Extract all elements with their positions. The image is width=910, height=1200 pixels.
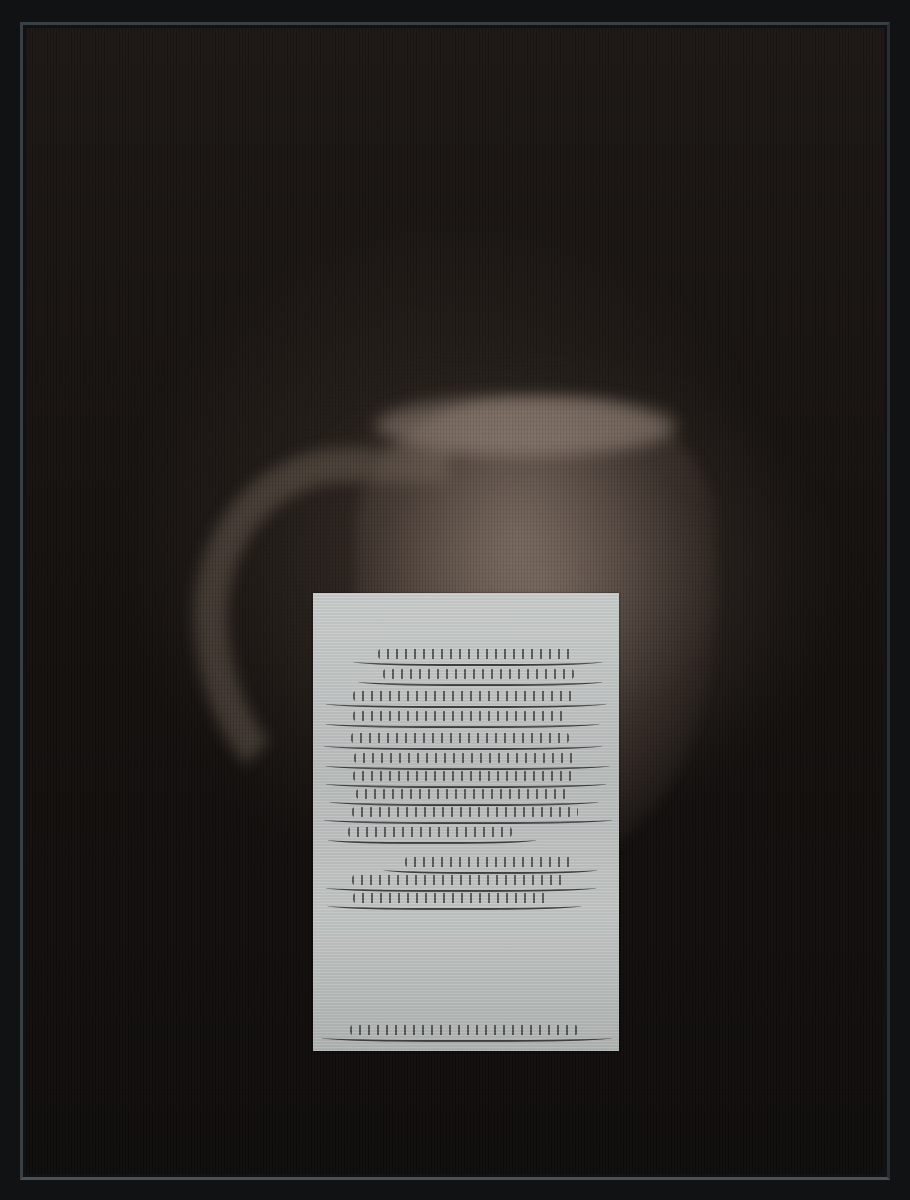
script-line: [323, 739, 603, 750]
script-line: [325, 717, 600, 728]
picture-frame: [0, 0, 910, 1200]
script-line: [327, 899, 582, 910]
script-line: [383, 863, 598, 874]
script-line: [323, 813, 613, 824]
signature-line: [321, 1031, 613, 1042]
script-line: [329, 795, 599, 806]
script-line: [353, 655, 603, 666]
script-line: [325, 759, 610, 770]
script-line: [327, 833, 537, 844]
painted-canvas: [26, 28, 884, 1174]
script-line: [325, 697, 607, 708]
script-line: [325, 777, 607, 788]
script-line: [325, 881, 597, 892]
handwritten-note: [313, 593, 619, 1051]
script-line: [358, 675, 603, 686]
